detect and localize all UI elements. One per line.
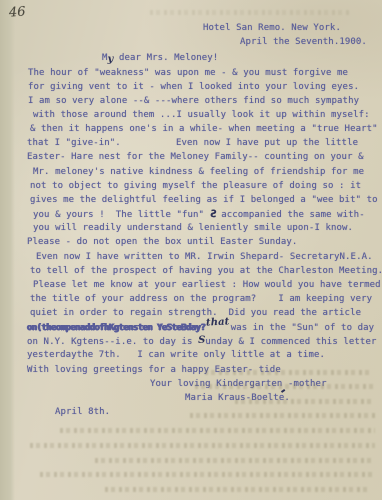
body-line-20: on N.Y. Kgtens--i.e. to day is Sunday & … [27, 336, 376, 348]
bleedthrough-line [105, 487, 370, 492]
body-line-12: you will readily understand & leniently … [33, 223, 353, 234]
body-line-7: Easter- Hare nest for the Meloney Family… [27, 152, 364, 163]
salutation: My dear Mrs. Meloney! [102, 52, 218, 64]
body-line-11: you & yours ! The little "fun" Ƨ accompa… [33, 209, 365, 221]
letterhead-hotel: Hotel San Remo. New York. [203, 23, 341, 34]
handwritten-s: S [198, 335, 205, 346]
body-line-6: that I "give-in". Even now I have put up… [27, 138, 358, 149]
bleedthrough-line [40, 472, 375, 477]
page-number: 46 [8, 4, 26, 20]
body-line-16: Please let me know at your earliest : Ho… [33, 280, 381, 291]
bleedthrough-line [150, 10, 350, 15]
body-line-14: Even now I have written to MR. Irwin She… [36, 252, 373, 263]
handwritten-insert-that: that [206, 316, 230, 328]
handwritten-y: y [108, 54, 114, 65]
body-line-4: with those around them ...I usually look… [33, 110, 370, 121]
line11-text: you & yours ! The little "fun" [33, 210, 210, 220]
body-line-3: I am so very alone --& ---where others f… [28, 96, 359, 107]
line20-text: on N.Y. Kgtens--i.e. to day is [27, 337, 198, 347]
body-line-18: quiet in order to regain strength. Did y… [30, 308, 361, 319]
bleedthrough-line [235, 399, 375, 404]
bleedthrough-line [60, 428, 375, 433]
bleedthrough-line [205, 370, 370, 375]
line11-tail: accompanied the same with- [216, 210, 365, 220]
letterhead-date: April the Seventh.1900. [240, 37, 367, 48]
body-line-5: & then it happens one's in a while- when… [30, 124, 382, 135]
body-line-10: gives me the delightful feeling as if I … [30, 195, 378, 206]
line19-tail: was in the "Sun" of to day [231, 323, 374, 333]
body-line-17: the title of your address on the program… [30, 294, 372, 305]
paper-left-edge [0, 0, 15, 500]
body-line-19: on(theompenaddofhKgtensten YeSteBday?tha… [27, 322, 374, 334]
bleedthrough-line [95, 458, 375, 463]
body-line-21: yesterdaythe 7th. I can write only littl… [27, 350, 325, 361]
body-line-13: Please - do not open the box until Easte… [27, 237, 297, 248]
bleedthrough-line [195, 384, 375, 389]
salutation-typed-m: M [102, 53, 108, 63]
handwritten-symbol: Ƨ [209, 209, 216, 221]
bleedthrough-line [190, 413, 375, 418]
letter-page: 46 Hotel San Remo. New York. April the S… [0, 0, 382, 500]
salutation-rest: dear Mrs. Meloney! [113, 53, 218, 63]
body-line-15: to tell of the prospect of having you at… [30, 266, 382, 277]
overstruck-text: on(theompenaddofhKgtensten YeSteBday? [27, 323, 205, 333]
body-line-8: Mr. meloney's native kindness & feeling … [33, 167, 364, 178]
bleedthrough-line [30, 443, 375, 448]
line20-tail: unday & I commenced this letter [205, 337, 376, 347]
body-line-2: for giving vent to it - when I looked in… [28, 82, 359, 93]
postscript-date: April 8th. [55, 407, 110, 418]
body-line-9: not to object to giving myself the pleas… [30, 181, 361, 192]
body-line-1: The hour of "weakness" was upon me - & y… [28, 68, 348, 79]
